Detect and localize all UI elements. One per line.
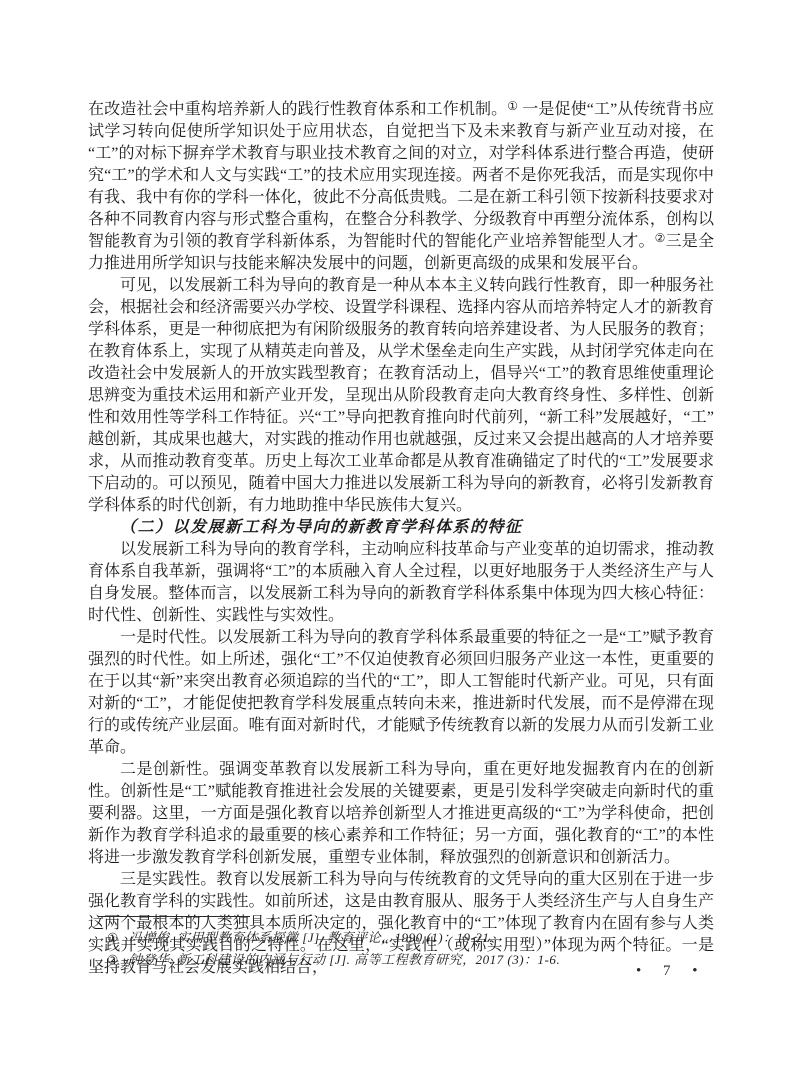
footnote-text: 冯增俊. 实用型教育体系探微 [J]. 教育评论，1990 (1)：19-21. <box>129 927 714 949</box>
footnote-list: ① 冯增俊. 实用型教育体系探微 [J]. 教育评论，1990 (1)：19-2… <box>88 927 714 971</box>
page-number: • 7 • <box>636 963 746 980</box>
footnote-text: 钟登华. 新工科建设的内涵与行动 [J]. 高等工程教育研究，2017 (3)：… <box>129 949 714 971</box>
footnote-reference: ② <box>655 231 666 245</box>
footnote-separator-rule <box>98 916 250 917</box>
footnote-reference: ① <box>507 99 518 113</box>
document-page: 在改造社会中重构培养新人的践行性教育体系和工作机制。① 一是促使“工”从传统背书… <box>0 0 800 1077</box>
paragraph: 可见，以发展新工科为导向的教育是一种从本本主义转向践行性教育，即一种服务社会，根… <box>88 275 714 517</box>
paragraph: （二）以发展新工科为导向的新教育学科体系的特征 <box>88 517 714 539</box>
footnote-item: ① 冯增俊. 实用型教育体系探微 [J]. 教育评论，1990 (1)：19-2… <box>88 927 714 949</box>
footnote-area: ① 冯增俊. 实用型教育体系探微 [J]. 教育评论，1990 (1)：19-2… <box>88 916 714 971</box>
paragraph: 在改造社会中重构培养新人的践行性教育体系和工作机制。① 一是促使“工”从传统背书… <box>88 99 714 275</box>
paragraph: 一是时代性。以发展新工科为导向的教育学科体系最重要的特征之一是“工”赋予教育强烈… <box>88 627 714 759</box>
paragraph: 以发展新工科为导向的教育学科，主动响应科技革命与产业变革的迫切需求，推动教育体系… <box>88 539 714 627</box>
footnote-marker: ② <box>107 949 129 971</box>
body-text-block: 在改造社会中重构培养新人的践行性教育体系和工作机制。① 一是促使“工”从传统背书… <box>88 99 714 979</box>
footnote-item: ② 钟登华. 新工科建设的内涵与行动 [J]. 高等工程教育研究，2017 (3… <box>88 949 714 971</box>
paragraph: 二是创新性。强调变革教育以发展新工科为导向，重在更好地发掘教育内在的创新性。创新… <box>88 759 714 869</box>
footnote-marker: ① <box>107 927 129 949</box>
